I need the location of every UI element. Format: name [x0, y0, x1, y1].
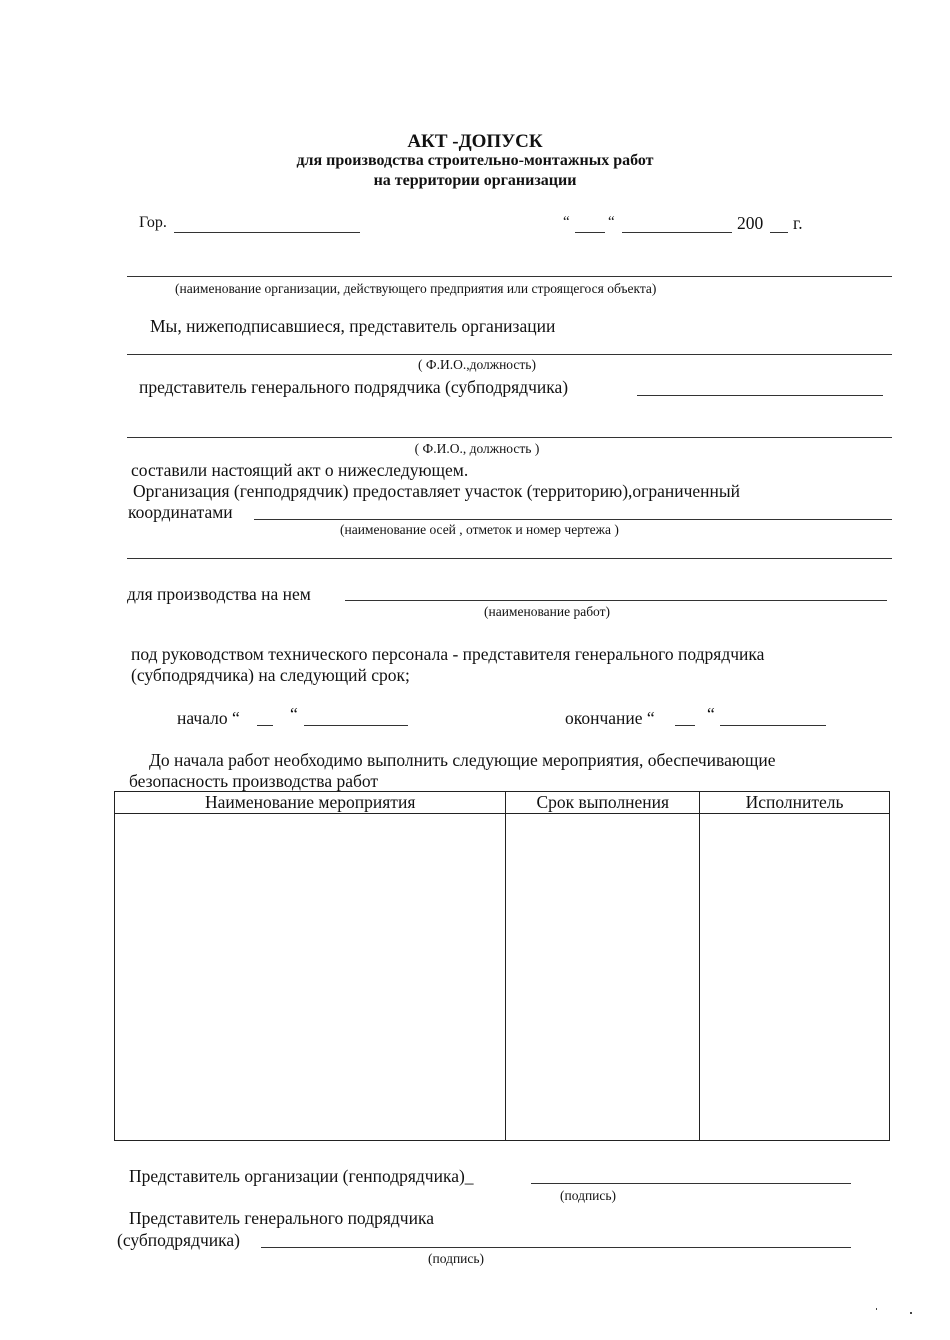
end-month-field[interactable]	[720, 725, 826, 726]
column-header-executor: Исполнитель	[700, 792, 890, 814]
start-day-field[interactable]	[257, 725, 273, 726]
gen-contractor-fio-field[interactable]	[127, 437, 892, 438]
gen-contractor-rep-text: представитель генерального подрядчика (с…	[139, 377, 568, 398]
provides-text: Организация (генподрядчик) предоставляет…	[133, 481, 740, 502]
org-rep-fio-field[interactable]	[127, 354, 892, 355]
signature-caption: (подпись)	[560, 1188, 616, 1204]
for-production-text: для производства на нем	[127, 584, 311, 605]
year-prefix: 200	[737, 213, 763, 234]
we-undersigned-text: Мы, нижеподписавшиеся, представитель орг…	[150, 316, 555, 337]
table-header-row: Наименование мероприятия Срок выполнения…	[115, 792, 890, 814]
org-rep-signature-field[interactable]	[531, 1183, 851, 1184]
executor-cell[interactable]	[700, 814, 890, 1141]
scan-speck	[876, 1308, 877, 1310]
deadline-cell[interactable]	[506, 814, 700, 1141]
coordinates-label: координатами	[128, 502, 233, 523]
gen-rep-signature-label-2: (субподрядчика)	[117, 1230, 240, 1251]
axes-caption: (наименование осей , отметок и номер чер…	[340, 522, 619, 538]
year-suffix: г.	[793, 213, 803, 234]
date-close-quote: “	[608, 214, 615, 231]
document-subtitle-2: на территории организации	[0, 172, 950, 190]
measures-text-2: безопасность производства работ	[129, 771, 378, 792]
organization-caption: (наименование организации, действующего …	[175, 281, 656, 297]
end-day-field[interactable]	[675, 725, 695, 726]
date-open-quote: “	[563, 214, 570, 231]
organization-field[interactable]	[127, 276, 892, 277]
start-label: начало “	[177, 708, 240, 729]
day-field[interactable]	[575, 232, 605, 233]
measures-table: Наименование мероприятия Срок выполнения…	[114, 791, 890, 1141]
month-field[interactable]	[622, 232, 732, 233]
fio-caption-2: ( Ф.И.О., должность )	[312, 441, 642, 457]
start-month-field[interactable]	[304, 725, 408, 726]
start-quote: “	[290, 704, 298, 725]
gen-rep-signature-label: Представитель генерального подрядчика	[129, 1208, 434, 1229]
city-field[interactable]	[174, 232, 360, 233]
fio-caption: ( Ф.И.О.,должность)	[312, 357, 642, 373]
year-field[interactable]	[770, 232, 788, 233]
column-header-measure-name: Наименование мероприятия	[115, 792, 506, 814]
document-title: АКТ -ДОПУСК	[0, 131, 950, 153]
coordinates-field[interactable]	[254, 519, 892, 520]
org-rep-signature-label: Представитель организации (генподрядчика…	[129, 1166, 474, 1187]
gen-contractor-rep-field[interactable]	[637, 395, 883, 396]
signature-caption-2: (подпись)	[428, 1251, 484, 1267]
drew-up-text: составили настоящий акт о нижеследующем.	[131, 460, 468, 481]
works-field[interactable]	[345, 600, 887, 601]
scan-speck	[910, 1312, 912, 1314]
end-quote: “	[707, 704, 715, 725]
coordinates-field-2[interactable]	[127, 558, 892, 559]
gen-rep-signature-field[interactable]	[261, 1247, 851, 1248]
measures-text: До начала работ необходимо выполнить сле…	[149, 750, 776, 771]
measure-name-cell[interactable]	[115, 814, 506, 1141]
city-label: Гор.	[139, 214, 167, 232]
works-caption: (наименование работ)	[484, 604, 610, 620]
column-header-deadline: Срок выполнения	[506, 792, 700, 814]
end-label: окончание “	[565, 708, 655, 729]
document-subtitle: для производства строительно-монтажных р…	[0, 152, 950, 170]
supervision-text-2: (субподрядчика) на следующий срок;	[131, 665, 410, 686]
table-row	[115, 814, 890, 1141]
supervision-text: под руководством технического персонала …	[131, 644, 764, 665]
